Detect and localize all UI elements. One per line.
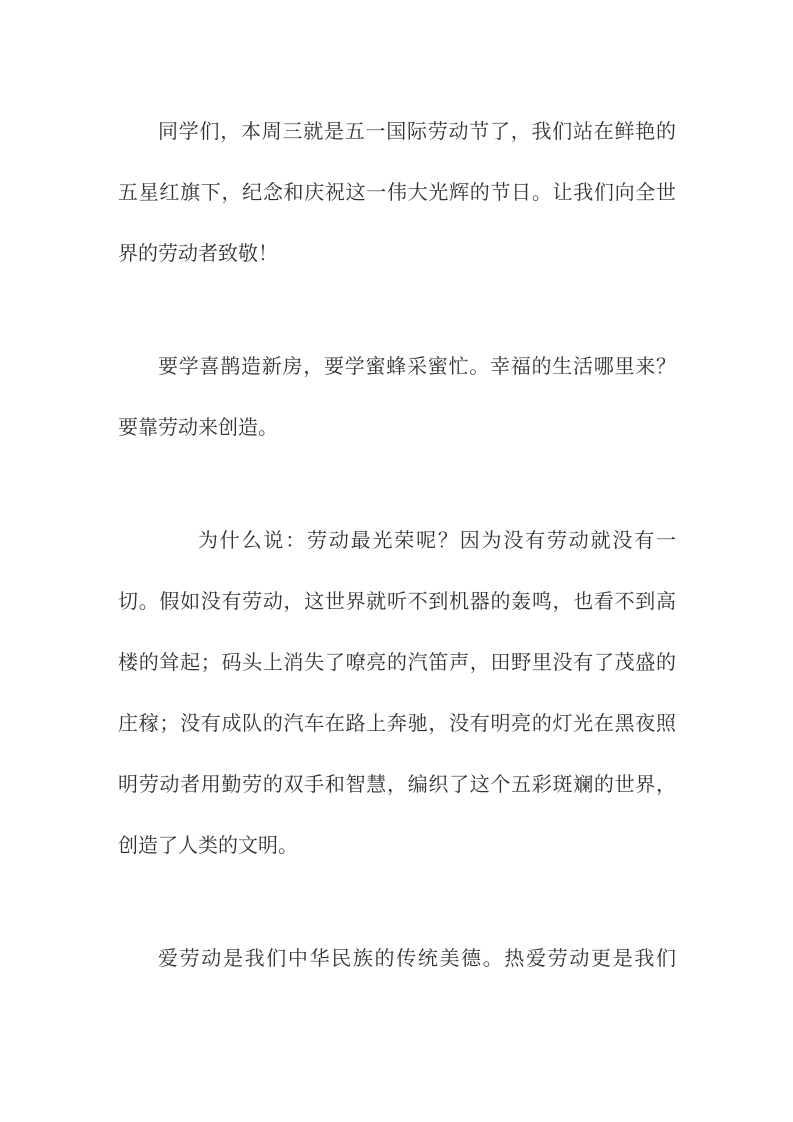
paragraph: 爱劳动是我们中华民族的传统美德。热爱劳动更是我们: [118, 929, 676, 990]
document-page: 同学们，本周三就是五一国际劳动节了，我们站在鲜艳的五星红旗下，纪念和庆祝这一伟大…: [0, 0, 793, 1122]
text-line: 五星红旗下，纪念和庆祝这一伟大光辉的节日。让我们向全世: [118, 163, 676, 224]
text-line: 为什么说：劳动最光荣呢？因为没有劳动就没有一: [118, 511, 676, 572]
text-line: 创造了人类的文明。: [118, 816, 676, 877]
paragraph: 要学喜鹊造新房，要学蜜蜂采蜜忙。幸福的生活哪里来？要靠劳动来创造。: [118, 337, 676, 459]
text-line: 切。假如没有劳动，这世界就听不到机器的轰鸣，也看不到高: [118, 572, 676, 633]
text-line: 要靠劳动来创造。: [118, 398, 676, 459]
text-line: 同学们，本周三就是五一国际劳动节了，我们站在鲜艳的: [118, 102, 676, 163]
document-body: 同学们，本周三就是五一国际劳动节了，我们站在鲜艳的五星红旗下，纪念和庆祝这一伟大…: [118, 102, 676, 1042]
paragraph: 为什么说：劳动最光荣呢？因为没有劳动就没有一切。假如没有劳动，这世界就听不到机器…: [118, 511, 676, 877]
paragraph: 同学们，本周三就是五一国际劳动节了，我们站在鲜艳的五星红旗下，纪念和庆祝这一伟大…: [118, 102, 676, 285]
text-line: 要学喜鹊造新房，要学蜜蜂采蜜忙。幸福的生活哪里来？: [118, 337, 676, 398]
text-line: 界的劳动者致敬！: [118, 224, 676, 285]
text-line: 明劳动者用勤劳的双手和智慧，编织了这个五彩斑斓的世界，: [118, 755, 676, 816]
text-line: 庄稼；没有成队的汽车在路上奔驰，没有明亮的灯光在黑夜照: [118, 694, 676, 755]
text-line: 楼的耸起；码头上消失了嘹亮的汽笛声，田野里没有了茂盛的: [118, 633, 676, 694]
text-line: 爱劳动是我们中华民族的传统美德。热爱劳动更是我们: [118, 929, 676, 990]
